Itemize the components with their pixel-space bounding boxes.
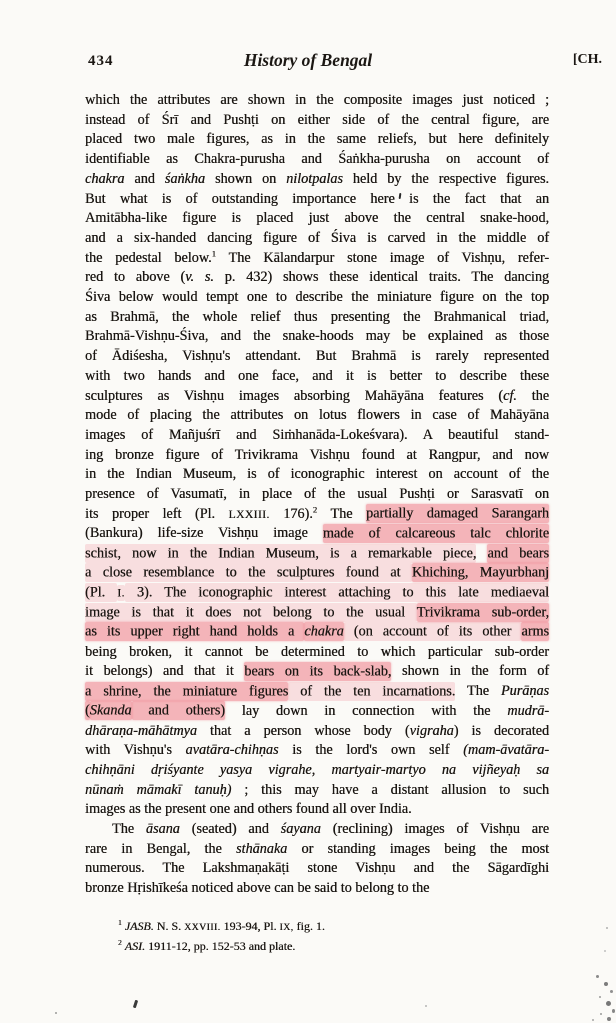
text-segment: fig. 1.: [293, 919, 324, 933]
body-text-line: Brahmā-Vishṇu-Śiva, and the snake-hoods …: [85, 327, 549, 347]
text-segment: [476, 545, 487, 561]
scan-speck: [133, 1000, 138, 1009]
text-segment: JASB.: [125, 919, 154, 933]
body-text-line: being broken, it cannot be determined to…: [85, 643, 549, 663]
text-segment: Amitābha-like figure is placed just abov…: [85, 210, 549, 226]
body-text-line: with two hands and one face, and it is b…: [85, 367, 549, 387]
body-text-line: images as the present one and others fou…: [85, 800, 549, 820]
text-segment: IX,: [279, 922, 293, 933]
body-text-line: dhāraṇa-māhātmya that a person whose bod…: [85, 722, 549, 742]
text-segment: being broken, it cannot be determined to…: [85, 644, 549, 660]
scan-speck: [600, 1013, 602, 1015]
body-text-line: chihṇāni dṛiśyante yasya vigrahe, martya…: [85, 761, 549, 781]
text-segment: instead of Śrī and Pushṭi on either side…: [85, 112, 549, 128]
body-text-line: (Bankura) life-size Vishṇu image made of…: [85, 524, 549, 544]
body-text-line: schist, now in the Indian Museum, is a r…: [85, 544, 549, 564]
text-segment: ing bronze figure of Trivikrama Vishṇu f…: [85, 447, 549, 463]
body-text-line: numerous. The Lakshmaṇakāṭi stone Vishṇu…: [85, 859, 549, 879]
text-segment: shown in the form of: [391, 663, 549, 679]
scan-speck: [599, 996, 601, 998]
body-text-line: its proper left (Pl. LXXIII. 176).2 The …: [85, 505, 549, 525]
body-text-line: a close resemblance to the sculptures fo…: [85, 564, 549, 584]
highlighted-text: a shrine, the miniature figures: [85, 682, 288, 701]
text-segment: images as the present one and others fou…: [85, 801, 412, 817]
highlighted-text: Khiching, Mayurbhanj: [412, 563, 549, 582]
highlighted-text: schist, now in the Indian Museum, is a r…: [85, 544, 476, 563]
body-text-line: presence of Vasumatī, in place of the us…: [85, 485, 549, 505]
body-text-line: which the attributes are shown in the co…: [85, 91, 549, 111]
text-segment: in the Indian Museum, is of iconographic…: [85, 466, 549, 482]
text-segment: red to above (: [85, 269, 185, 285]
scan-speck: [607, 1017, 611, 1021]
highlighted-text: a close resemblance to the sculptures fo…: [85, 563, 412, 582]
highlighted-text: (Pl.: [85, 583, 117, 602]
text-segment: the: [517, 388, 549, 404]
body-text-line: nūnaṁ māmakī tanuḥ) ; this may have a di…: [85, 781, 549, 801]
text-segment: The: [112, 821, 146, 837]
scan-speck: [606, 927, 608, 929]
highlighted-text: and bears: [487, 544, 549, 563]
text-segment: shown on: [205, 171, 286, 187]
highlighted-text: bears on its back-slab,: [244, 662, 391, 681]
scan-speck: [596, 975, 599, 978]
text-segment: Purāṇas: [501, 683, 549, 699]
text-segment: v. s.: [185, 269, 214, 285]
text-segment: śaṅkha: [165, 171, 205, 187]
body-text-line: images of Mañjuśrī and Siṁhanāda-Lokeśva…: [85, 426, 549, 446]
body-text-line: with Vishṇu's avatāra-chihṇas is the lor…: [85, 741, 549, 761]
body-text-line: red to above (v. s. p. 432) shows these …: [85, 268, 549, 288]
body-text-line: But what is of outstanding importance he…: [85, 190, 549, 210]
text-segment: the pedestal below.: [85, 250, 212, 266]
text-segment: LXXIII.: [228, 508, 269, 521]
text-segment: with two hands and one face, and it is b…: [85, 368, 549, 384]
highlighted-text: Trivikrama sub-order,: [417, 603, 549, 622]
highlighted-text: Skanda: [90, 701, 132, 720]
body-text-line: and a six-handed dancing figure of Śiva …: [85, 229, 549, 249]
body-text-line: ing bronze figure of Trivikrama Vishṇu f…: [85, 446, 549, 466]
text-segment: Śiva below would tempt one to describe t…: [85, 289, 549, 305]
body-text: which the attributes are shown in the co…: [85, 91, 549, 899]
text-segment: is the lord's own self: [279, 742, 464, 758]
text-segment: śayana: [281, 821, 321, 837]
text-segment: avatāra-chihṇas: [186, 742, 279, 758]
text-segment: N. S.: [154, 919, 184, 933]
body-text-line: sculptures as Vishṇu images absorbing Ma…: [85, 387, 549, 407]
body-text-line: (Pl. I. 3). The iconographic interest at…: [85, 584, 549, 604]
highlighted-text: arms: [521, 622, 549, 641]
highlighted-text: 3). The iconographic interest attaching …: [125, 583, 549, 602]
text-segment: 176).: [270, 506, 313, 522]
text-segment: (seated) and: [180, 821, 281, 837]
highlighted-text: as its upper right hand holds a: [85, 622, 304, 641]
text-segment: held by the respective figures.: [343, 171, 549, 187]
text-segment: mudrā-: [507, 703, 549, 719]
text-segment: 193-94, Pl.: [220, 919, 279, 933]
text-segment: as Brahmā, the whole relief thus present…: [85, 309, 549, 325]
body-text-line: chakra and śaṅkha shown on nilotpalas he…: [85, 170, 549, 190]
body-text-line: Śiva below would tempt one to describe t…: [85, 288, 549, 308]
body-text-line: mode of placing the attributes on lotus …: [85, 406, 549, 426]
footnote-line: 2 ASI. 1911-12, pp. 152-53 and plate.: [118, 937, 538, 956]
chapter-mark: [CH.: [573, 52, 602, 68]
text-segment: The: [317, 506, 366, 522]
text-segment: But what is of outstanding importance he…: [85, 191, 549, 207]
text-segment: numerous. The Lakshmaṇakāṭi stone Vishṇu…: [85, 860, 549, 876]
scan-speck: [610, 990, 613, 993]
text-segment: its proper left (Pl.: [85, 506, 228, 522]
body-text-line: placed two male figures, as in the same …: [85, 130, 549, 150]
highlighted-text: (on account of its other: [344, 622, 522, 641]
body-text-line: Amitābha-like figure is placed just abov…: [85, 209, 549, 229]
text-segment: cf.: [503, 388, 517, 404]
text-segment: āsana: [146, 821, 180, 837]
text-segment: or standing images being the most: [287, 841, 549, 857]
body-text-line: a shrine, the miniature figures of the t…: [85, 682, 549, 702]
footnotes: 1 JASB. N. S. XXVIII. 193-94, Pl. IX, fi…: [118, 917, 538, 956]
text-segment: (mam-āvatāra-: [463, 742, 549, 758]
text-segment: mode of placing the attributes on lotus …: [85, 407, 549, 423]
highlighted-text: chakra: [304, 622, 343, 641]
text-segment: ; this may have a distant allusion to su…: [231, 782, 549, 798]
text-segment: placed two male figures, as in the same …: [85, 131, 549, 147]
running-title: History of Bengal: [0, 50, 616, 71]
scan-speck: [55, 1012, 57, 1014]
text-segment: chakra: [85, 171, 124, 187]
text-segment: which the attributes are shown in the co…: [85, 92, 549, 108]
highlighted-text: of the ten incarnations.: [288, 682, 455, 701]
text-segment: bronze Hṛishīkeśa noticed above can be s…: [85, 880, 429, 896]
text-segment: chihṇāni dṛiśyante yasya vigrahe, martya…: [85, 762, 549, 778]
text-segment: of Ādiśesha, Vishṇu's attendant. But Bra…: [85, 348, 549, 364]
text-segment: and a six-handed dancing figure of Śiva …: [85, 230, 549, 246]
body-text-line: of Ādiśesha, Vishṇu's attendant. But Bra…: [85, 347, 549, 367]
body-text-line: (Skanda and others) lay down in connecti…: [85, 702, 549, 722]
text-segment: Brahmā-Vishṇu-Śiva, and the snake-hoods …: [85, 328, 549, 344]
text-segment: sthānaka: [236, 841, 287, 857]
highlighted-text: made of calcareous talc chlorite: [323, 524, 549, 543]
body-text-line: image is that it does not belong to the …: [85, 603, 549, 623]
body-text-line: The āsana (seated) and śayana (reclining…: [85, 820, 549, 840]
highlighted-text: image is that it does not belong to the …: [85, 603, 417, 622]
text-segment: The Kālandarpur stone image of Vishṇu, r…: [216, 250, 549, 266]
body-text-line: identifiable as Chakra-purusha and Śaṅkh…: [85, 150, 549, 170]
text-segment: 1911-12, pp. 152-53 and plate.: [145, 939, 295, 953]
body-text-line: it belongs) and that it bears on its bac…: [85, 662, 549, 682]
text-segment: ASI.: [125, 939, 145, 953]
scan-speck: [612, 1009, 615, 1013]
scan-speck: [606, 1001, 611, 1006]
text-segment: presence of Vasumatī, in place of the us…: [85, 486, 549, 502]
text-segment: p. 432) shows these identical traits. Th…: [214, 269, 549, 285]
text-segment: with Vishṇu's: [85, 742, 186, 758]
text-segment: (Bankura) life-size Vishṇu image: [85, 525, 323, 541]
text-segment: (reclining) images of Vishṇu are: [321, 821, 549, 837]
body-text-line: instead of Śrī and Pushṭi on either side…: [85, 111, 549, 131]
body-text-line: as its upper right hand holds a chakra (…: [85, 623, 549, 643]
text-segment: XXVIII.: [184, 922, 220, 933]
body-text-line: bronze Hṛishīkeśa noticed above can be s…: [85, 879, 549, 899]
text-segment: images of Mañjuśrī and Siṁhanāda-Lokeśva…: [85, 427, 549, 443]
body-text-line: the pedestal below.1 The Kālandarpur sto…: [85, 249, 549, 269]
text-segment: nūnaṁ māmakī tanuḥ): [85, 782, 231, 798]
scan-speck: [604, 982, 608, 986]
text-segment: dhāraṇa-māhātmya: [85, 723, 197, 739]
highlighted-text: partially damaged Sarangarh: [366, 504, 549, 523]
text-segment: vigraha: [410, 723, 454, 739]
highlighted-text: and others): [132, 701, 225, 720]
scan-speck: [592, 1019, 594, 1021]
body-text-line: in the Indian Museum, is of iconographic…: [85, 465, 549, 485]
scanned-page: 434 History of Bengal [CH. which the att…: [0, 0, 616, 1023]
text-segment: rare in Bengal, the: [85, 841, 236, 857]
text-segment: The: [455, 683, 501, 699]
text-segment: ) is decorated: [454, 723, 549, 739]
scan-speck: [425, 1005, 427, 1007]
text-segment: identifiable as Chakra-purusha and Śaṅkh…: [85, 151, 549, 167]
text-segment: nilotpalas: [286, 171, 343, 187]
body-text-line: rare in Bengal, the sthānaka or standing…: [85, 840, 549, 860]
scan-speck: [604, 950, 606, 952]
footnote-line: 1 JASB. N. S. XXVIII. 193-94, Pl. IX, fi…: [118, 917, 538, 937]
body-text-line: as Brahmā, the whole relief thus present…: [85, 308, 549, 328]
text-segment: it belongs) and that it: [85, 663, 244, 679]
text-segment: lay down in connection with the: [225, 703, 507, 719]
text-segment: and: [124, 171, 164, 187]
text-segment: sculptures as Vishṇu images absorbing Ma…: [85, 388, 503, 404]
highlighted-text: I.: [117, 585, 125, 601]
text-segment: that a person whose body (: [197, 723, 410, 739]
